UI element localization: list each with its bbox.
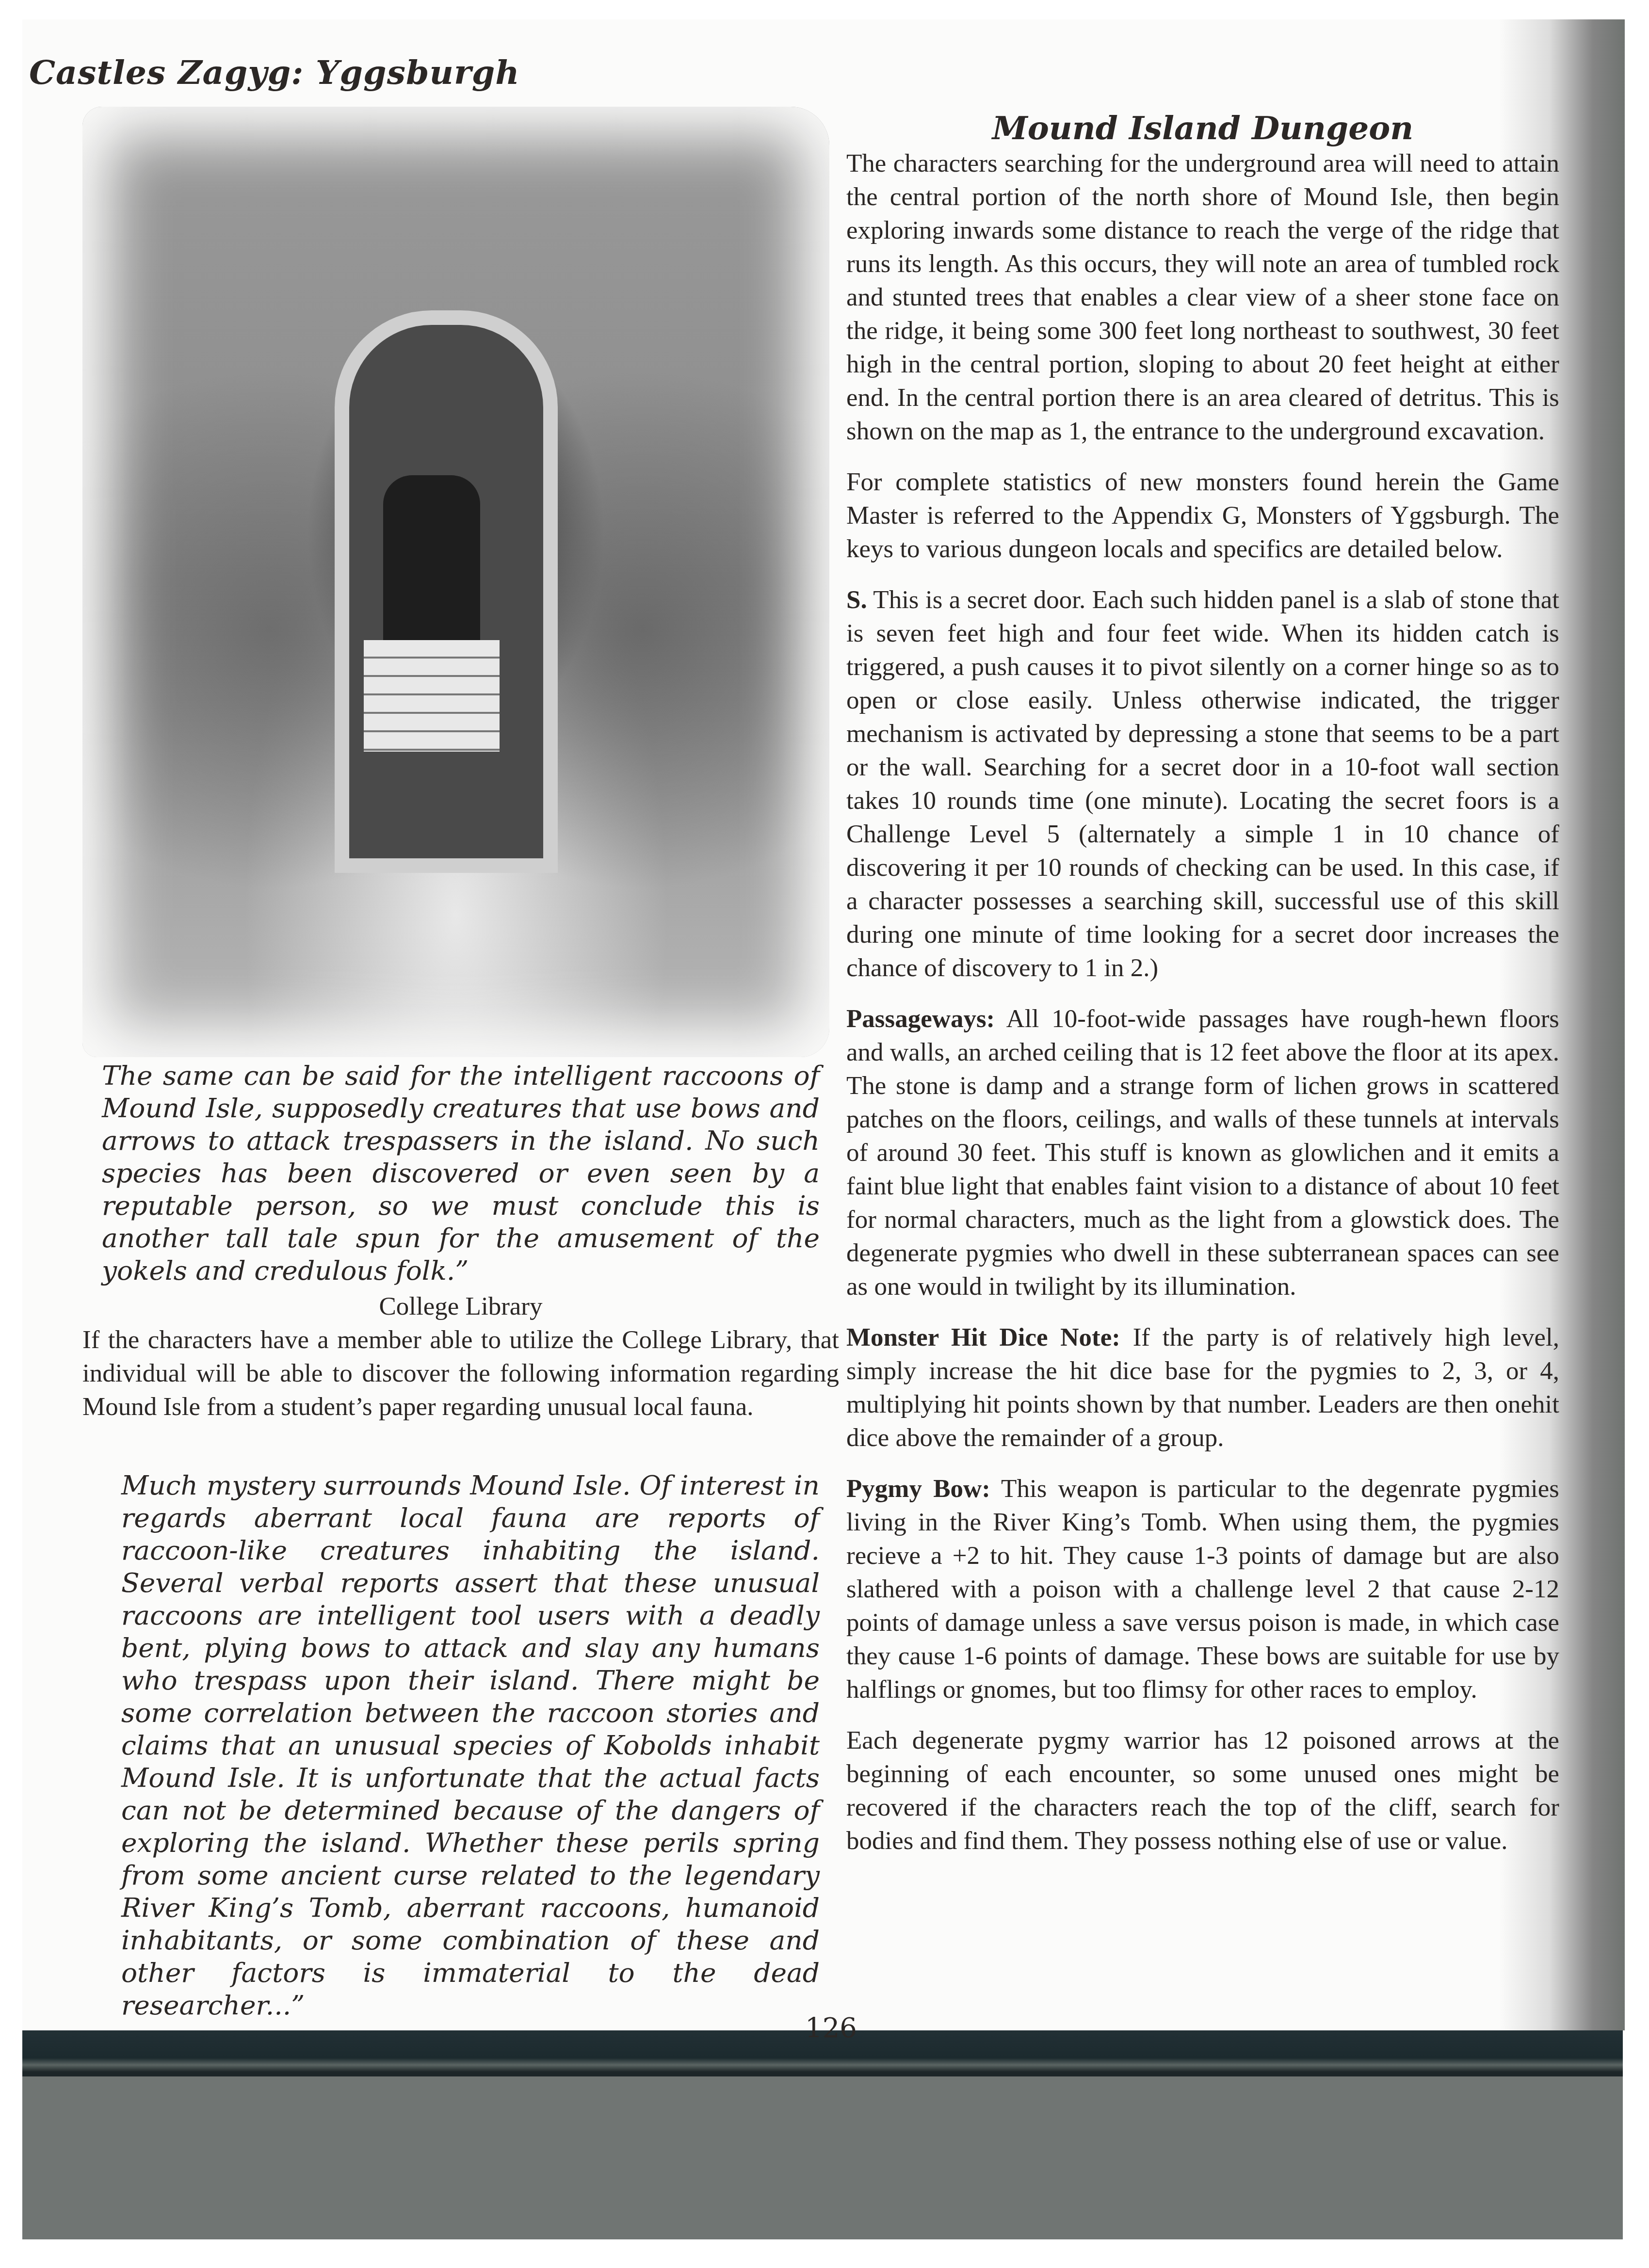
left-column: The same can be said for the intelligent… — [82, 1060, 839, 1287]
dungeon-intro: The characters searching for the undergr… — [846, 147, 1559, 448]
statistics-note: For complete statistics of new monsters … — [846, 466, 1559, 566]
arrows-paragraph: Each degenerate pygmy warrior has 12 poi… — [846, 1724, 1559, 1858]
college-library-heading: College Library — [82, 1290, 839, 1323]
hit-dice-entry: Monster Hit Dice Note: If the party is o… — [846, 1321, 1559, 1455]
page-number: 126 — [805, 2012, 857, 2044]
passageways-lead: Passageways: — [846, 1005, 995, 1033]
pygmy-bow-entry: Pygmy Bow: This weapon is particular to … — [846, 1472, 1559, 1706]
college-library-section: College Library If the characters have a… — [82, 1290, 839, 1424]
pygmy-bow-lead: Pygmy Bow: — [846, 1475, 990, 1503]
quote-main: Much mystery surrounds Mound Isle. Of in… — [82, 1469, 839, 2022]
secret-door-entry: S. This is a secret door. Each such hidd… — [846, 583, 1559, 985]
doorway-illustration — [82, 107, 829, 1057]
college-library-body: If the characters have a member able to … — [82, 1323, 839, 1424]
passageways-body: All 10-foot-wide passages have rough-hew… — [846, 1005, 1559, 1301]
hit-dice-lead: Monster Hit Dice Note: — [846, 1323, 1120, 1351]
quote-intro: The same can be said for the intelligent… — [82, 1060, 839, 1287]
stone-steps — [364, 640, 500, 752]
secret-door-body: This is a secret door. Each such hidden … — [846, 586, 1559, 982]
dark-doorway — [383, 475, 480, 640]
right-column: Mound Island Dungeon The characters sear… — [846, 109, 1559, 1858]
passageways-entry: Passageways: All 10-foot-wide passages h… — [846, 1002, 1559, 1303]
scanner-bed — [22, 2076, 1623, 2239]
dungeon-heading: Mound Island Dungeon — [846, 109, 1559, 147]
pygmy-bow-body: This weapon is particular to the degenra… — [846, 1475, 1559, 1704]
student-paper-quote: Much mystery surrounds Mound Isle. Of in… — [82, 1469, 839, 2022]
secret-door-lead: S. — [846, 586, 867, 614]
running-head: Castles Zagyg: Yggsburgh — [29, 53, 520, 92]
